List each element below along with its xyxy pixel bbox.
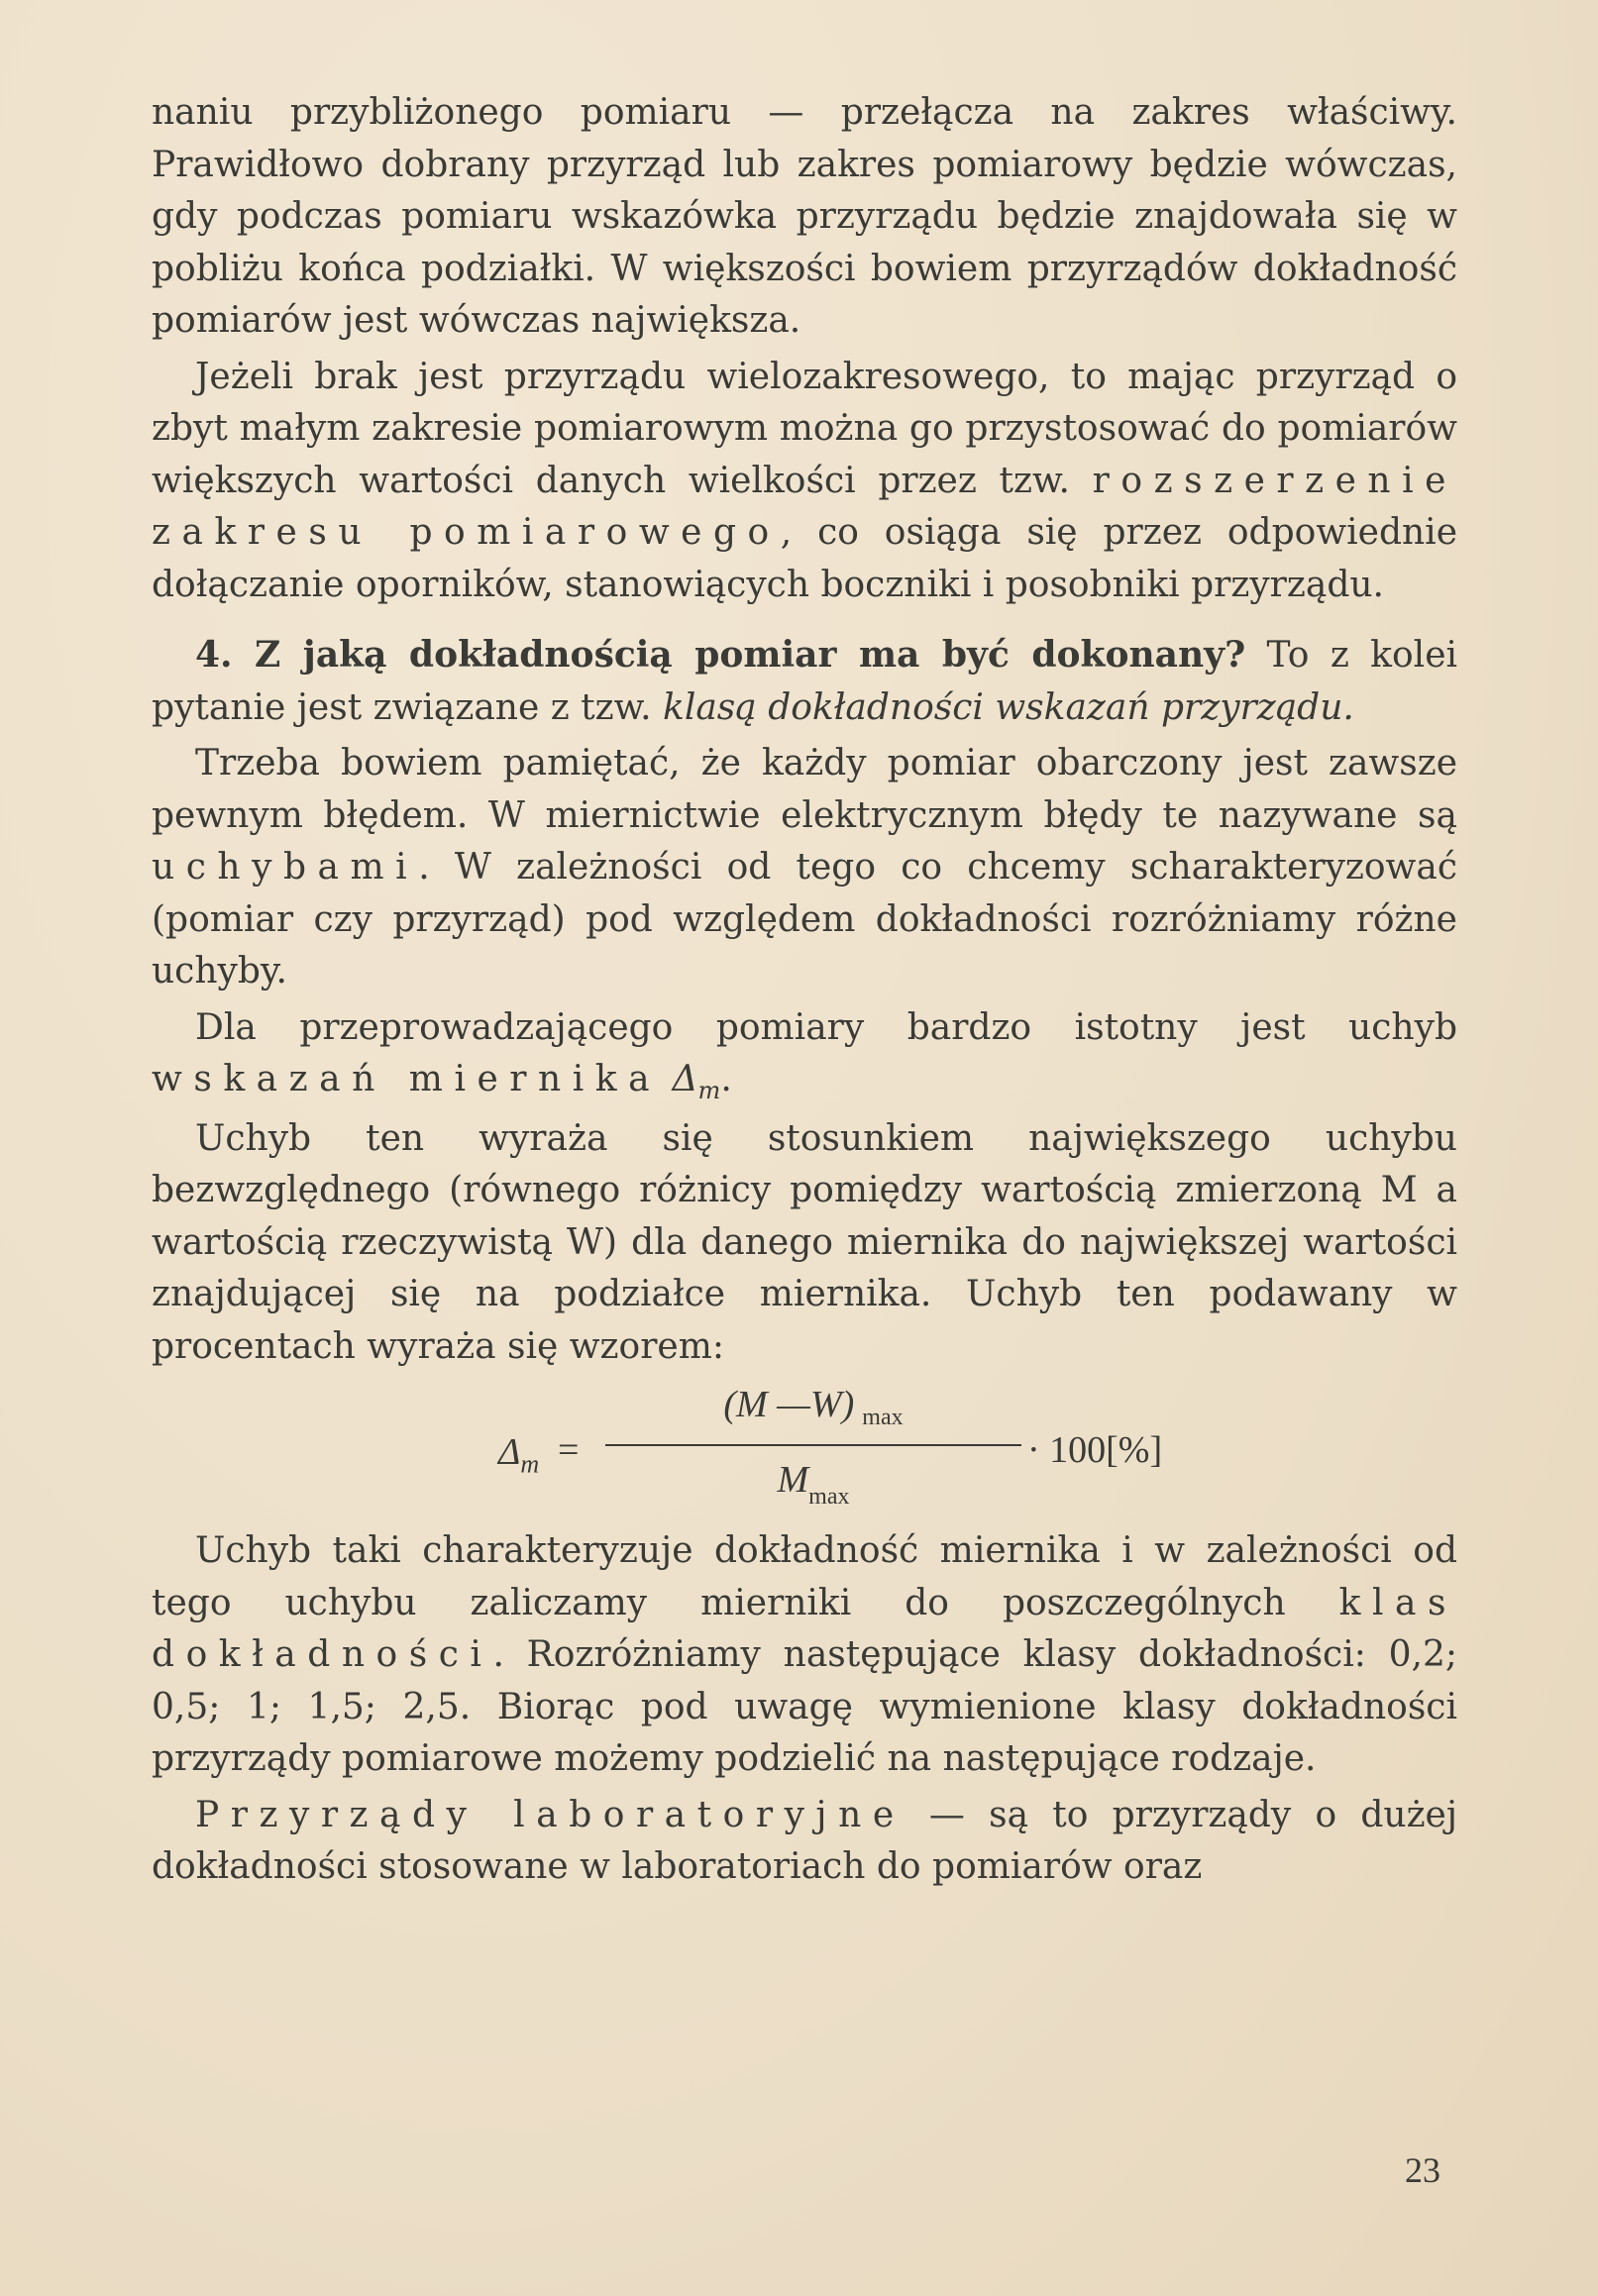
- spaced-term: Przyrządy laboratoryjne: [195, 1795, 906, 1835]
- denominator-text: M: [778, 1459, 809, 1501]
- section-heading: 4. Z jaką dokładnością pomiar ma być dok…: [195, 634, 1245, 676]
- italic-term: klasą dokładności wskazań przyrządu.: [663, 687, 1354, 728]
- fraction-denominator: Mmax: [605, 1454, 1021, 1512]
- paragraph-6: Uchyb ten wyraża się stosunkiem najwięks…: [152, 1113, 1457, 1374]
- paragraph-3-question: 4. Z jaką dokładnością pomiar ma być dok…: [152, 629, 1457, 734]
- paragraph-text: Uchyb taki charakteryzuje dokładność mie…: [152, 1530, 1457, 1623]
- symbol-subscript: m: [698, 1077, 721, 1104]
- delta-symbol: Δ: [673, 1059, 698, 1099]
- numerator-text: (M —W): [723, 1384, 854, 1425]
- numerator-subscript: max: [862, 1405, 903, 1430]
- paragraph-8: Przyrządy laboratoryjne — są to przyrząd…: [152, 1790, 1457, 1894]
- equals-sign: =: [558, 1424, 579, 1477]
- page-body: naniu przybliżonego pomiaru — przełącza …: [152, 87, 1457, 1898]
- paragraph-5: Dla przeprowadzającego pomiary bardzo is…: [152, 1002, 1457, 1109]
- page-number: 23: [1405, 2149, 1440, 2191]
- paragraph-7: Uchyb taki charakteryzuje dokładność mie…: [152, 1525, 1457, 1786]
- error-formula: Δm = (M —W)max Mmax · 100[%]: [152, 1379, 1457, 1517]
- paragraph-text: Dla przeprowadzającego pomiary bardzo is…: [195, 1007, 1457, 1048]
- paragraph-2: Jeżeli brak jest przyrządu wielozakresow…: [152, 352, 1457, 612]
- formula-rhs: · 100[%]: [1027, 1424, 1162, 1477]
- paragraph-text: naniu przybliżonego pomiaru — przełącza …: [152, 92, 1457, 341]
- delta-symbol: Δ: [498, 1431, 520, 1473]
- spaced-term: uchybami: [152, 847, 418, 887]
- formula-lhs: Δm: [498, 1426, 539, 1491]
- paragraph-text: Uchyb ten wyraża się stosunkiem najwięks…: [152, 1118, 1457, 1367]
- spaced-term: wskazań miernika: [152, 1059, 661, 1099]
- fraction-numerator: (M —W)max: [605, 1379, 1021, 1438]
- formula-fraction: (M —W)max Mmax: [605, 1379, 1021, 1512]
- denominator-subscript: max: [808, 1484, 849, 1510]
- paragraph-text: Trzeba bowiem pamiętać, że każdy pomiar …: [152, 743, 1457, 836]
- punctuation: .: [720, 1059, 731, 1099]
- paragraph-4: Trzeba bowiem pamiętać, że każdy pomiar …: [152, 738, 1457, 998]
- fraction-bar: [605, 1444, 1021, 1446]
- symbol-subscript: m: [520, 1450, 539, 1479]
- paragraph-1: naniu przybliżonego pomiaru — przełącza …: [152, 87, 1457, 348]
